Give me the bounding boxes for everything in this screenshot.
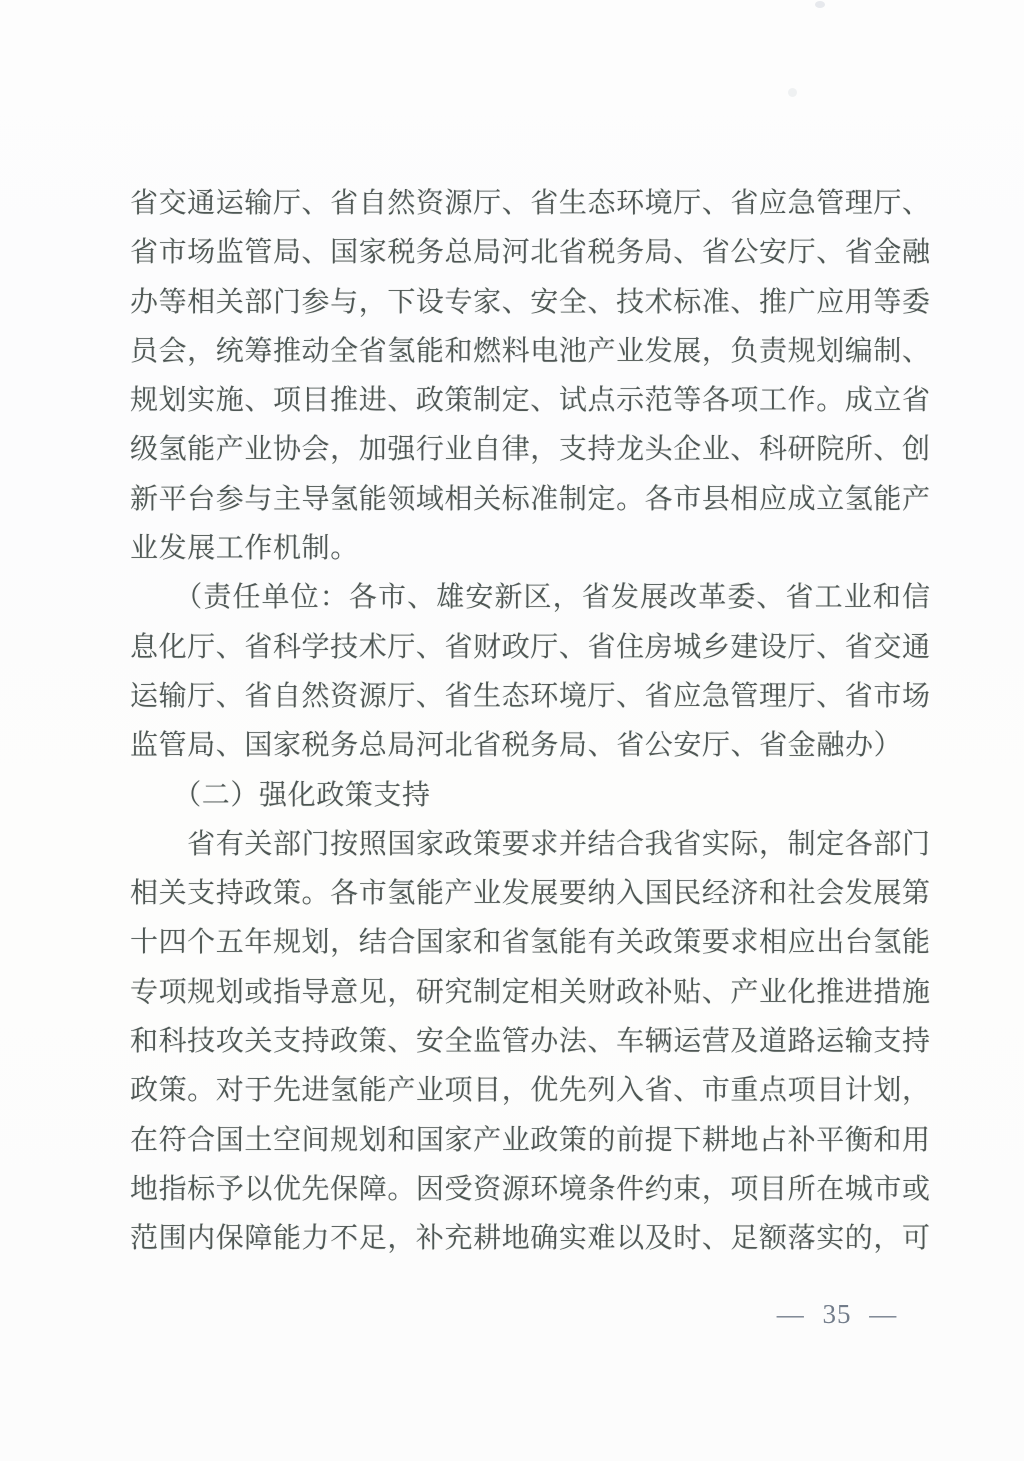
scanned-document-page: { "meta": { "ink_color": "#4e5754", "foo…	[0, 0, 1024, 1461]
document-line-responsibility-start: （责任单位：各市、雄安新区，省发展改革委、省工业和信	[130, 573, 930, 622]
document-line: 政策。对于先进氢能产业项目，优先列入省、市重点项目计划，	[130, 1066, 930, 1115]
document-line: 办等相关部门参与，下设专家、安全、技术标准、推广应用等委	[130, 278, 930, 327]
scan-artifact	[815, 1, 825, 8]
document-line: 规划实施、项目推进、政策制定、试点示范等各项工作。成立省	[130, 376, 930, 425]
document-line: 范围内保障能力不足，补充耕地确实难以及时、足额落实的，可	[130, 1214, 930, 1263]
document-line: 新平台参与主导氢能领域相关标准制定。各市县相应成立氢能产	[130, 475, 930, 524]
page-background: 省交通运输厅、省自然资源厅、省生态环境厅、省应急管理厅、 省市场监管局、国家税务…	[0, 0, 1024, 1461]
document-text-block: 省交通运输厅、省自然资源厅、省生态环境厅、省应急管理厅、 省市场监管局、国家税务…	[130, 179, 930, 1264]
document-line-paragraph-start: 省有关部门按照国家政策要求并结合我省实际，制定各部门	[130, 820, 930, 869]
document-line: 息化厅、省科学技术厅、省财政厅、省住房城乡建设厅、省交通	[130, 623, 930, 672]
document-line: 和科技攻关支持政策、安全监管办法、车辆运营及道路运输支持	[130, 1017, 930, 1066]
scan-artifact	[788, 88, 797, 97]
document-line: 员会，统筹推动全省氢能和燃料电池产业发展，负责规划编制、	[130, 327, 930, 376]
document-line: 地指标予以优先保障。因受资源环境条件约束，项目所在城市或	[130, 1165, 930, 1214]
document-line: 相关支持政策。各市氢能产业发展要纳入国民经济和社会发展第	[130, 869, 930, 918]
document-line: 专项规划或指导意见，研究制定相关财政补贴、产业化推进措施	[130, 968, 930, 1017]
document-line: 业发展工作机制。	[130, 524, 930, 573]
document-line-responsibility-end: 监管局、国家税务总局河北省税务局、省公安厅、省金融办）	[130, 721, 930, 770]
document-line: 省市场监管局、国家税务总局河北省税务局、省公安厅、省金融	[130, 228, 930, 277]
document-line: 在符合国土空间规划和国家产业政策的前提下耕地占补平衡和用	[130, 1116, 930, 1165]
section-heading: （二）强化政策支持	[130, 771, 930, 820]
document-line: 十四个五年规划，结合国家和省氢能有关政策要求相应出台氢能	[130, 918, 930, 967]
page-number: — 35 —	[772, 1297, 902, 1331]
document-line: 省交通运输厅、省自然资源厅、省生态环境厅、省应急管理厅、	[130, 179, 930, 228]
document-line: 级氢能产业协会，加强行业自律，支持龙头企业、科研院所、创	[130, 425, 930, 474]
document-line: 运输厅、省自然资源厅、省生态环境厅、省应急管理厅、省市场	[130, 672, 930, 721]
